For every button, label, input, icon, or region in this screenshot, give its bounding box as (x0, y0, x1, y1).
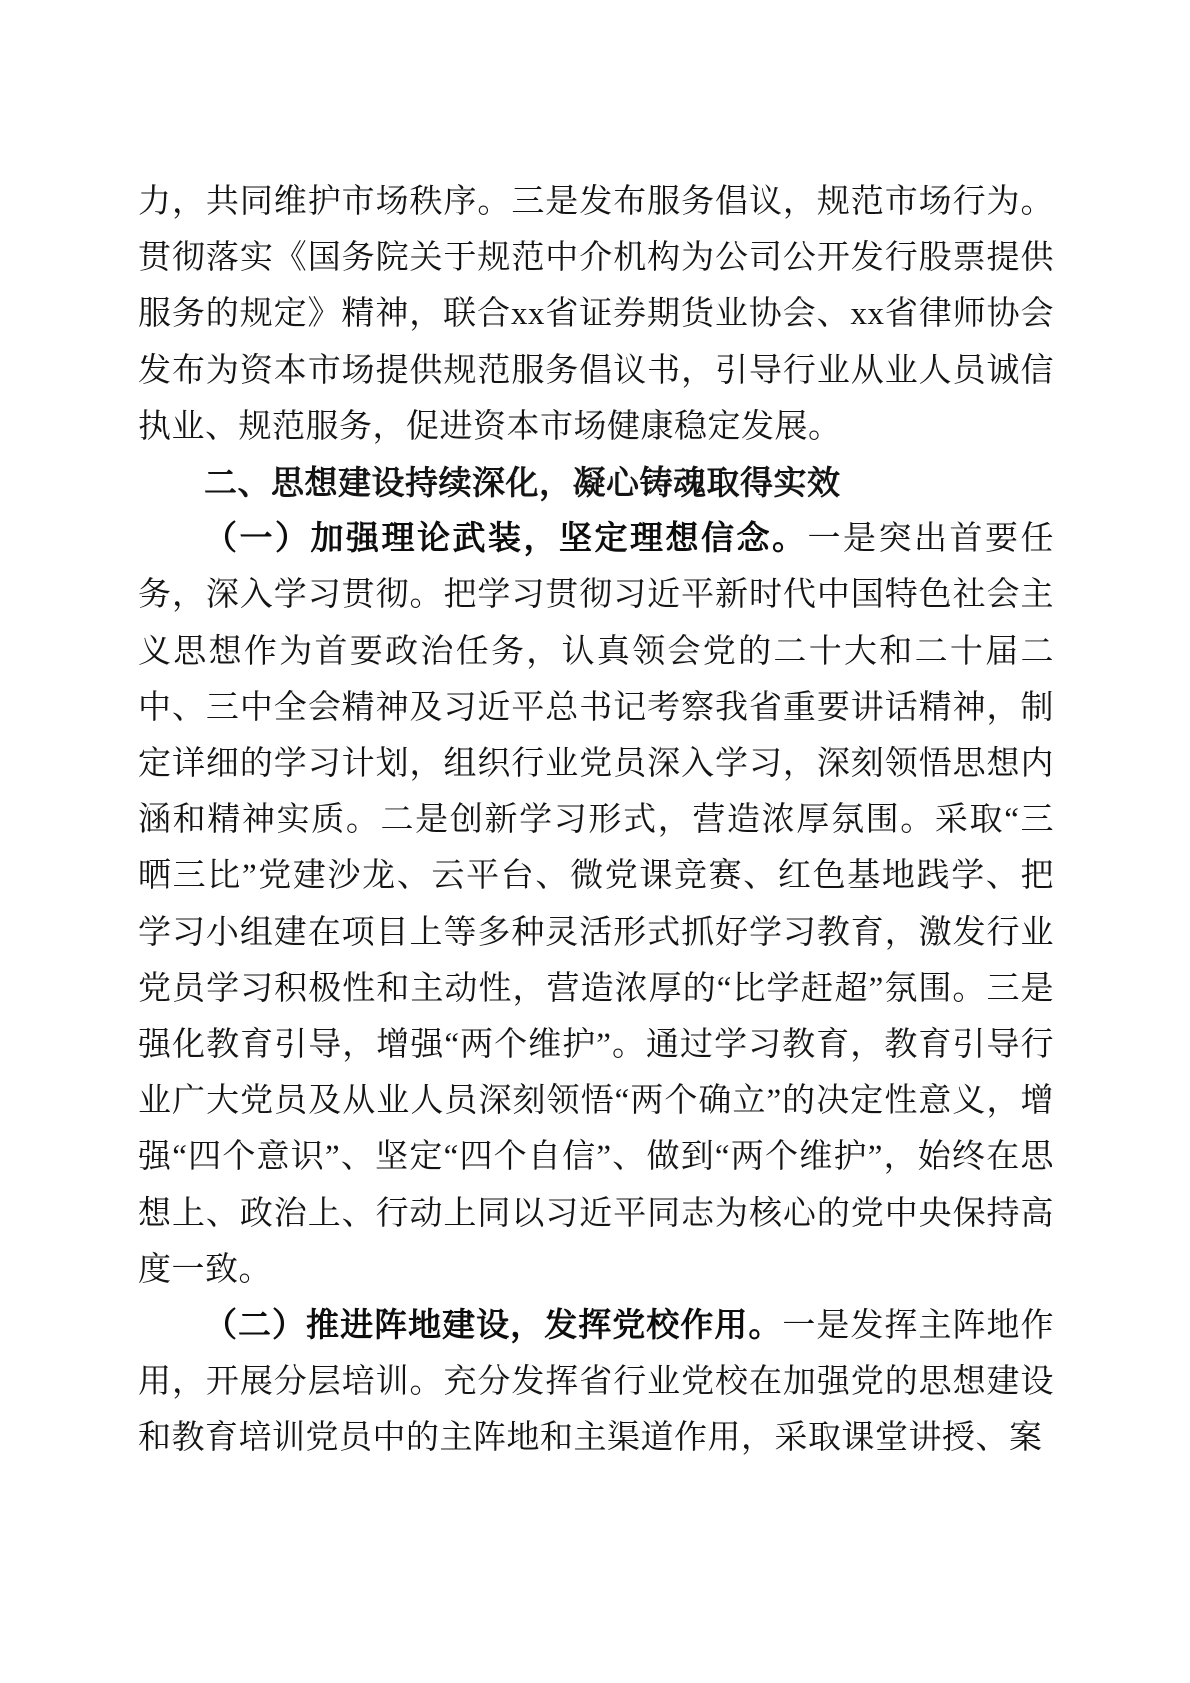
sub2-heading: （二）推进阵地建设，发挥党校作用。 (204, 1308, 782, 1344)
section-heading: 二、思想建设持续深化，凝心铸魂取得实效 (138, 455, 1054, 511)
sub1-body: 一是突出首要任务，深入学习贯彻。把学习贯彻习近平新时代中国特色社会主义思想作为首… (138, 521, 1054, 1288)
paragraph-sub1: （一）加强理论武装，坚定理想信念。一是突出首要任务，深入学习贯彻。把学习贯彻习近… (138, 511, 1054, 1298)
document-page: 力，共同维护市场秩序。三是发布服务倡议，规范市场行为。贯彻落实《国务院关于规范中… (0, 0, 1190, 1683)
paragraph-continuation: 力，共同维护市场秩序。三是发布服务倡议，规范市场行为。贯彻落实《国务院关于规范中… (138, 174, 1054, 455)
sub1-heading: （一）加强理论武装，坚定理想信念。 (204, 521, 808, 557)
document-content: 力，共同维护市场秩序。三是发布服务倡议，规范市场行为。贯彻落实《国务院关于规范中… (138, 174, 1054, 1467)
paragraph-sub2: （二）推进阵地建设，发挥党校作用。一是发挥主阵地作用，开展分层培训。充分发挥省行… (138, 1298, 1054, 1467)
